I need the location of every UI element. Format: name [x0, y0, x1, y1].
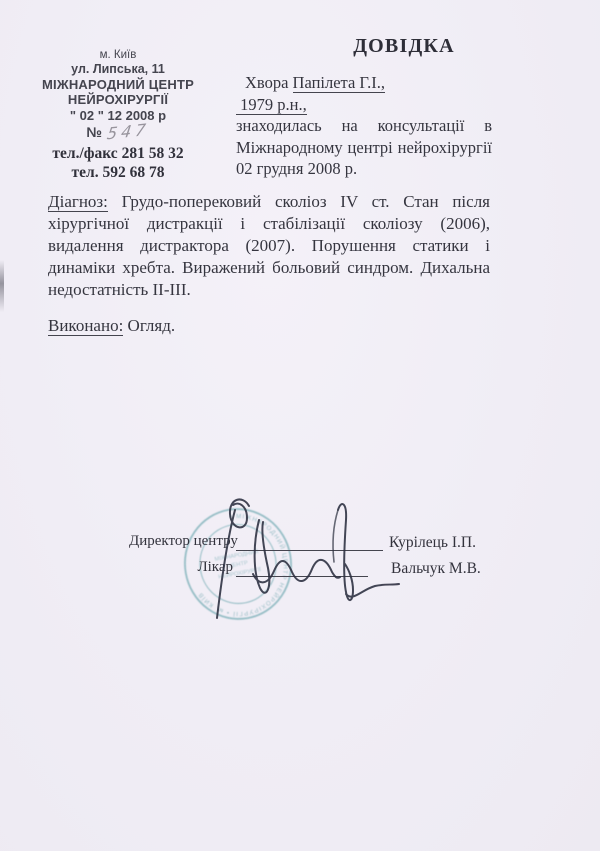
letterhead-date: " 02 " 12 2008 р [36, 108, 200, 124]
performed-line: Виконано: Огляд. [48, 316, 175, 336]
performed-value: Огляд. [128, 316, 176, 335]
document-title: ДОВІДКА [348, 35, 460, 58]
diagnosis-line-1: Діагноз: Грудо-поперековий сколіоз IV ст… [48, 191, 490, 213]
letterhead-org-line1: МІЖНАРОДНИЙ ЦЕНТР [36, 77, 200, 92]
letterhead-city: м. Київ [36, 48, 200, 62]
patient-birthyear-underlined: 1979 р.н., [236, 95, 307, 115]
letterhead-number: №547 [36, 124, 200, 140]
signature-ink-strokes [195, 492, 405, 632]
diagnosis-line-2: хірургічної дистракції і стабілізації ск… [48, 213, 490, 235]
patient-line-4: Міжнародному центрі нейрохірургії [236, 137, 492, 159]
patient-line-5: 02 грудня 2008 р. [236, 158, 492, 180]
diagnosis-line-5: недостатність II-III. [48, 279, 490, 301]
performed-label-underlined: Виконано: [48, 316, 123, 336]
patient-name-underlined: Папілета Г.І., [293, 73, 385, 93]
patient-paragraph: Хвора Папілета Г.І., 1979 р.н., знаходил… [236, 72, 492, 180]
diagnosis-line-1-text: Грудо-поперековий сколіоз IV ст. Стан пі… [122, 192, 490, 211]
letterhead-street: ул. Липська, 11 [36, 62, 200, 77]
number-sign: № [86, 124, 102, 140]
letterhead-org-line2: НЕЙРОХІРУРГІЇ [36, 92, 200, 107]
patient-line-name: Хвора Папілета Г.І., [236, 72, 492, 94]
scanned-certificate-page: м. Київ ул. Липська, 11 МІЖНАРОДНИЙ ЦЕНТ… [0, 0, 600, 851]
patient-line-3: знаходилась на консультації в [236, 115, 492, 137]
scan-edge-artifact [0, 260, 4, 312]
handwritten-number: 547 [106, 122, 151, 143]
letterhead-phone-fax: тел./факс 281 58 32 [36, 144, 200, 163]
diagnosis-paragraph: Діагноз: Грудо-поперековий сколіоз IV ст… [48, 191, 490, 301]
diagnosis-label-underlined: Діагноз: [48, 192, 108, 212]
diagnosis-line-3: видалення дистрактора (2007). Порушення … [48, 235, 490, 257]
letterhead: м. Київ ул. Липська, 11 МІЖНАРОДНИЙ ЦЕНТ… [36, 48, 200, 182]
patient-line-birth: 1979 р.н., [236, 94, 492, 116]
patient-prefix: Хвора [245, 73, 288, 92]
letterhead-phone: тел. 592 68 78 [36, 163, 200, 182]
diagnosis-line-4: динаміки хребта. Виражений больовий синд… [48, 257, 490, 279]
